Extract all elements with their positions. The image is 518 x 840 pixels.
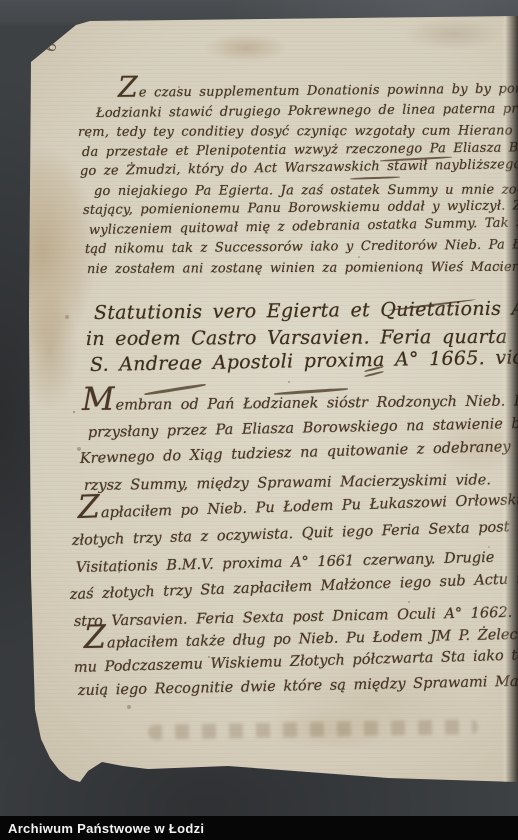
ink-flourish [274,387,348,395]
manuscript-paragraph-4: Zapłaciłem po Nieb. Pu Łodem Pu Łukaszow… [78,506,518,641]
manuscript-paragraph-5: Zapłaciłem także dług po Nieb. Pu Łodem … [84,636,518,707]
archive-watermark-bar: Archiwum Państwowe w Łodzi [0,816,518,840]
archive-scan-view: 6 Ze czasu supplementum Donationis powin… [0,0,518,840]
manuscript-paragraph-3: Membran od Pań Łodzianek sióstr Rodzonyc… [82,398,518,504]
archive-name: Archiwum Państwowe w Łodzi [0,821,204,836]
manuscript-paragraph-1: Ze czasu supplementum Donationis powinna… [92,86,518,281]
manuscript-page: 6 Ze czasu supplementum Donationis powin… [28,16,518,782]
manuscript-paragraph-2-latin-note: Statutionis vero Egierta et Quietationis… [94,302,518,380]
ink-flourish [144,383,206,395]
manuscript-line: nie zostałem ani zostanę winien za pomie… [87,259,518,281]
verso-show-through [148,719,478,740]
